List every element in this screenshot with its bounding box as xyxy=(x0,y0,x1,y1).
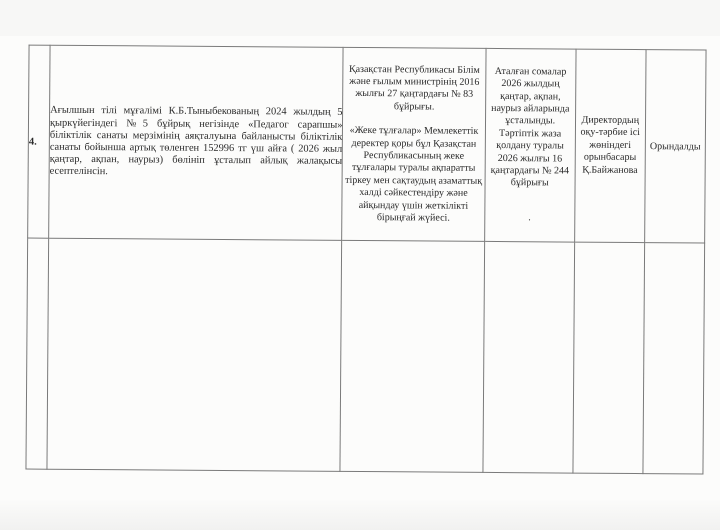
measure-description xyxy=(47,238,342,471)
action-taken: Аталған сомалар 2026 жылдың қаңтар, ақпа… xyxy=(484,48,576,242)
legal-basis-order: Қазақстан Республикасы Білім және ғылым … xyxy=(344,63,486,114)
table-container: 4. Ағылшын тілі мұғалімі К.Б.Тыныбекован… xyxy=(0,0,720,530)
legal-basis xyxy=(340,240,484,472)
status-cell xyxy=(643,243,705,474)
measure-description-text: Ағылшын тілі мұғалімі К.Б.Тыныбекованың … xyxy=(50,105,343,180)
action-mark: . xyxy=(485,212,574,225)
action-taken xyxy=(483,241,575,473)
spacer xyxy=(343,113,484,126)
action-taken-text: Аталған сомалар 2026 жылдың қаңтар, ақпа… xyxy=(485,66,575,191)
status-cell: Орындалды xyxy=(644,50,706,243)
responsible-person: Директордың оқу-тәрбие ісі жөніндегі оры… xyxy=(574,49,646,243)
row-number: 4. xyxy=(28,45,50,238)
measure-description: Ағылшын тілі мұғалімі К.Б.Тыныбекованың … xyxy=(49,45,344,240)
measures-table: 4. Ағылшын тілі мұғалімі К.Б.Тыныбекован… xyxy=(25,45,706,475)
legal-basis: Қазақстан Республикасы Білім және ғылым … xyxy=(342,47,486,241)
legal-basis-database: «Жеке тұлғалар» Мемлекеттік деректер қор… xyxy=(343,125,485,225)
responsible-person xyxy=(573,242,645,474)
table-row xyxy=(26,238,705,474)
row-number xyxy=(26,238,49,469)
table-row: 4. Ағылшын тілі мұғалімі К.Б.Тыныбекован… xyxy=(28,45,706,243)
